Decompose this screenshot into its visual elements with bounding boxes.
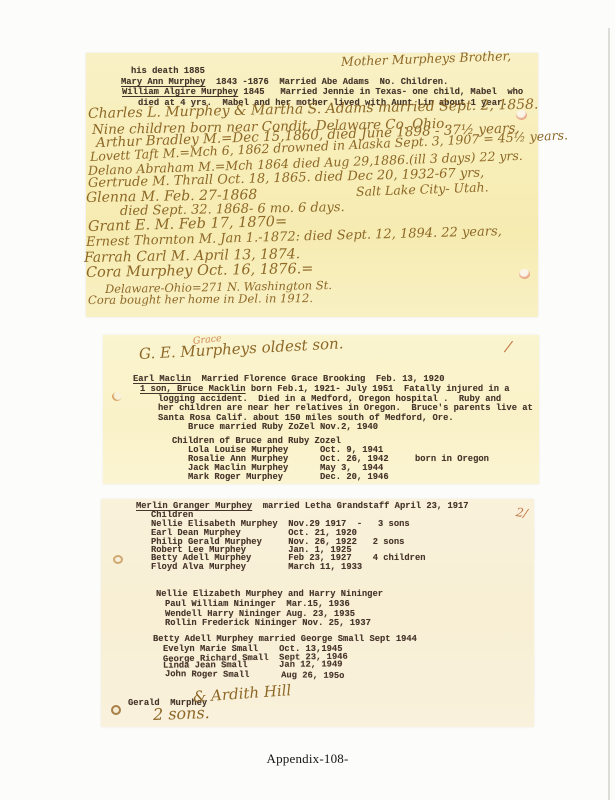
handwritten-line-cora-home: Cora bought her home in Del. in 1912.	[88, 291, 313, 307]
typed-row-floyd: Floyd Alva Murphey March 11, 1933	[151, 562, 362, 572]
line-rest-bruce: born Feb.1, 1921- July 1951 Fatally inju…	[246, 384, 510, 394]
handwritten-page-mark: 2/	[515, 505, 529, 520]
paper-strip-earl-maclin: Grace G. E. Murpheys oldest son. / Earl …	[103, 335, 539, 484]
tear-hole-bottom	[111, 705, 121, 715]
line-rest-merlin: married Letha Grandstaff April 23, 1917	[252, 501, 468, 511]
typed-row-rollin: Rollin Frederick Nininger Nov. 25, 1937	[165, 618, 371, 628]
page-footer: Appendix-108-	[0, 751, 615, 767]
staple-mark	[112, 392, 122, 401]
typed-row-john: John Roger Small Aug 26, 195o	[165, 669, 345, 681]
scanned-genealogy-page: { "document": { "footer": "Appendix-108-…	[0, 0, 615, 800]
typed-line-her-children: her children are near her relatives in O…	[158, 403, 533, 413]
paper-strip-murphey-siblings: Mother Murpheys Brother, his death 1885 …	[86, 53, 538, 317]
underlined-name-bruce: Bruce Macklin	[177, 384, 246, 394]
handwritten-slash-mark: /	[504, 337, 512, 356]
underlined-name-william: William Algire Murphey	[122, 87, 238, 97]
typed-line-his-death: his death 1885	[131, 66, 205, 76]
handwritten-corner-note: Mother Murpheys Brother,	[341, 48, 512, 69]
typed-line-earl-maclin: Earl Maclin Married Florence Grace Brook…	[133, 374, 444, 384]
punch-hole-bottom	[519, 269, 530, 279]
typed-row-mark: Mark Roger Murphey Dec. 20, 1946	[188, 472, 389, 482]
typed-line-bruce: 1 son, Bruce Macklin born Feb.1, 1921- J…	[140, 384, 510, 394]
line-rest-mary: 1843 -1876 Married Abe Adams No. Childre…	[205, 77, 448, 87]
underlined-name-mary: Mary Ann Murphey	[121, 77, 205, 87]
typed-line-mary: Mary Ann Murphey 1843 -1876 Married Abe …	[121, 77, 448, 87]
line-rest-william: 1845 Married Jennie in Texas- one child,…	[238, 87, 523, 97]
typed-header-nininger: Nellie Elizabeth Murphey and Harry Ninin…	[156, 589, 383, 599]
scan-edge-shadow	[608, 28, 610, 800]
punch-hole-top	[516, 110, 527, 120]
handwritten-line-saltlake: Salt Lake City- Utah.	[356, 179, 489, 199]
tear-hole-top	[113, 555, 123, 564]
handwritten-heading-ge-murphey: G. E. Murpheys oldest son.	[139, 334, 344, 363]
handwritten-two-sons: 2 sons.	[153, 703, 210, 724]
typed-line-william: William Algire Murphey 1845 Married Jenn…	[122, 87, 523, 97]
line-rest-earl: Married Florence Grace Brooking Feb. 13,…	[191, 374, 444, 384]
underlined-one-son: 1 son,	[140, 384, 177, 394]
typed-line-logging: logging accident. Died in a Medford, Ore…	[158, 394, 501, 404]
paper-strip-merlin-murphey: 2/ Merlin Granger Murphey married Letha …	[101, 499, 534, 727]
typed-line-bruce-married: Bruce married Ruby ZoZel Nov.2, 1940	[188, 422, 378, 432]
underlined-name-earl: Earl Maclin	[133, 374, 191, 384]
typed-row-paul: Paul William Nininger Mar.15, 1936	[165, 599, 350, 609]
typed-header-betty-small: Betty Adell Murphey married George Small…	[153, 634, 417, 644]
